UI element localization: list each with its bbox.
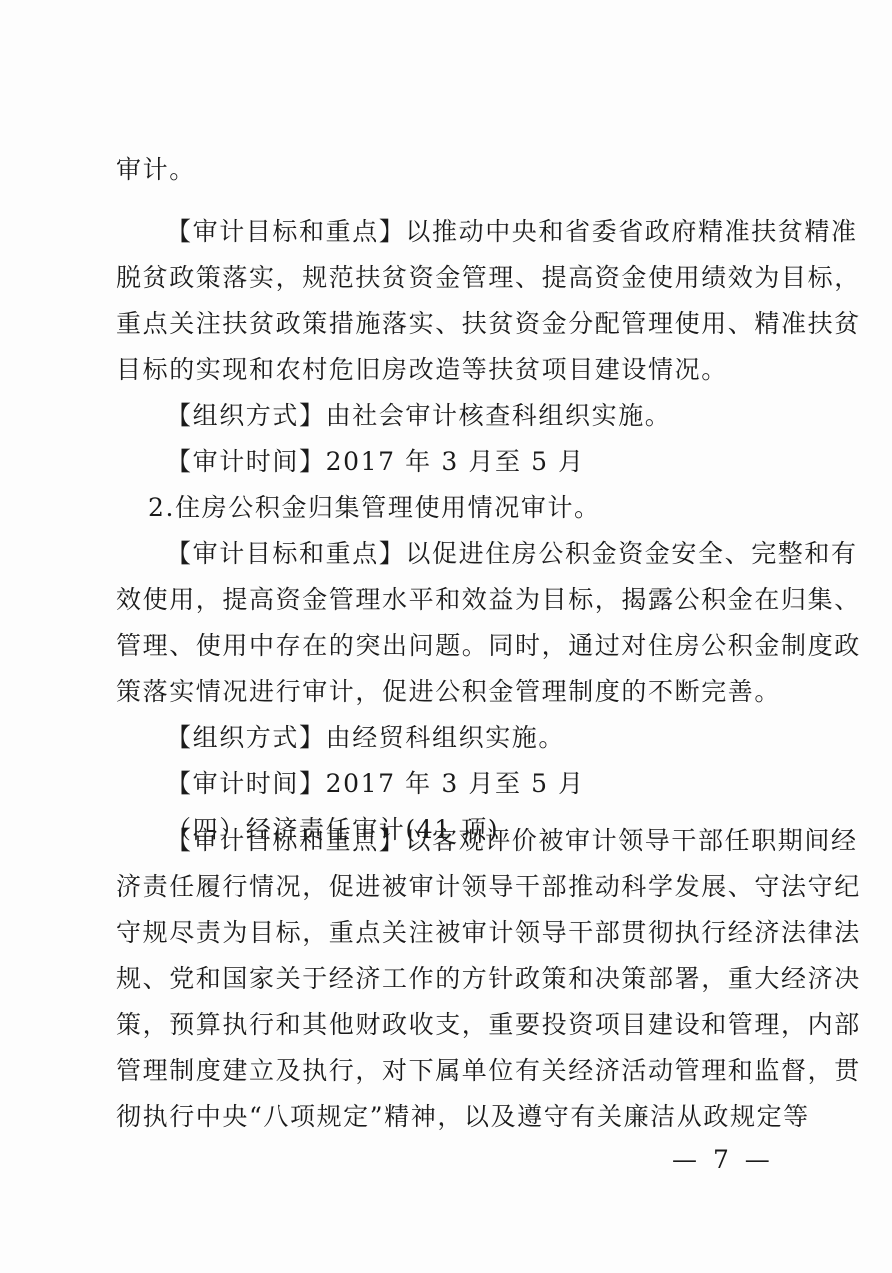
paragraph-line: 彻执行中央“八项规定”精神，以及遵守有关廉洁从政规定等 — [116, 1102, 796, 1132]
paragraph-line: 管理制度建立及执行，对下属单位有关经济活动管理和监督，贯 — [116, 1056, 796, 1086]
section-heading-goals: 【审计目标和重点】以客观评价被审计领导干部任职期间经 — [166, 826, 796, 856]
page-number: — 7 — — [672, 1145, 774, 1175]
organization-method: 【组织方式】由经贸科组织实施。 — [166, 723, 846, 753]
document-page: 审计。 【审计目标和重点】以推动中央和省委省政府精准扶贫精准 脱贫政策落实，规范… — [0, 0, 892, 1273]
paragraph-line: 济责任履行情况，促进被审计领导干部推动科学发展、守法守纪 — [116, 872, 796, 902]
paragraph-line: 审计。 — [116, 155, 796, 185]
section-heading-goals: 【审计目标和重点】以促进住房公积金资金安全、完整和有 — [166, 539, 796, 569]
subsection-title: 2.住房公积金归集管理使用情况审计。 — [148, 493, 828, 523]
paragraph-line: 策落实情况进行审计，促进公积金管理制度的不断完善。 — [116, 677, 796, 707]
paragraph-line: 重点关注扶贫政策措施落实、扶贫资金分配管理使用、精准扶贫 — [116, 309, 796, 339]
audit-time: 【审计时间】2017 年 3 月至 5 月 — [166, 769, 846, 799]
paragraph-line: 守规尽责为目标，重点关注被审计领导干部贯彻执行经济法律法 — [116, 918, 796, 948]
section-heading-goals: 【审计目标和重点】以推动中央和省委省政府精准扶贫精准 — [166, 217, 796, 247]
paragraph-line: 脱贫政策落实，规范扶贫资金管理、提高资金使用绩效为目标， — [116, 263, 796, 293]
paragraph-line: 规、党和国家关于经济工作的方针政策和决策部署，重大经济决 — [116, 964, 796, 994]
paragraph-line: 管理、使用中存在的突出问题。同时，通过对住房公积金制度政 — [116, 631, 796, 661]
paragraph-line: 策，预算执行和其他财政收支，重要投资项目建设和管理，内部 — [116, 1010, 796, 1040]
organization-method: 【组织方式】由社会审计核查科组织实施。 — [166, 401, 846, 431]
paragraph-line: 效使用，提高资金管理水平和效益为目标，揭露公积金在归集、 — [116, 585, 796, 615]
audit-time: 【审计时间】2017 年 3 月至 5 月 — [166, 447, 846, 477]
paragraph-line: 目标的实现和农村危旧房改造等扶贫项目建设情况。 — [116, 355, 796, 385]
